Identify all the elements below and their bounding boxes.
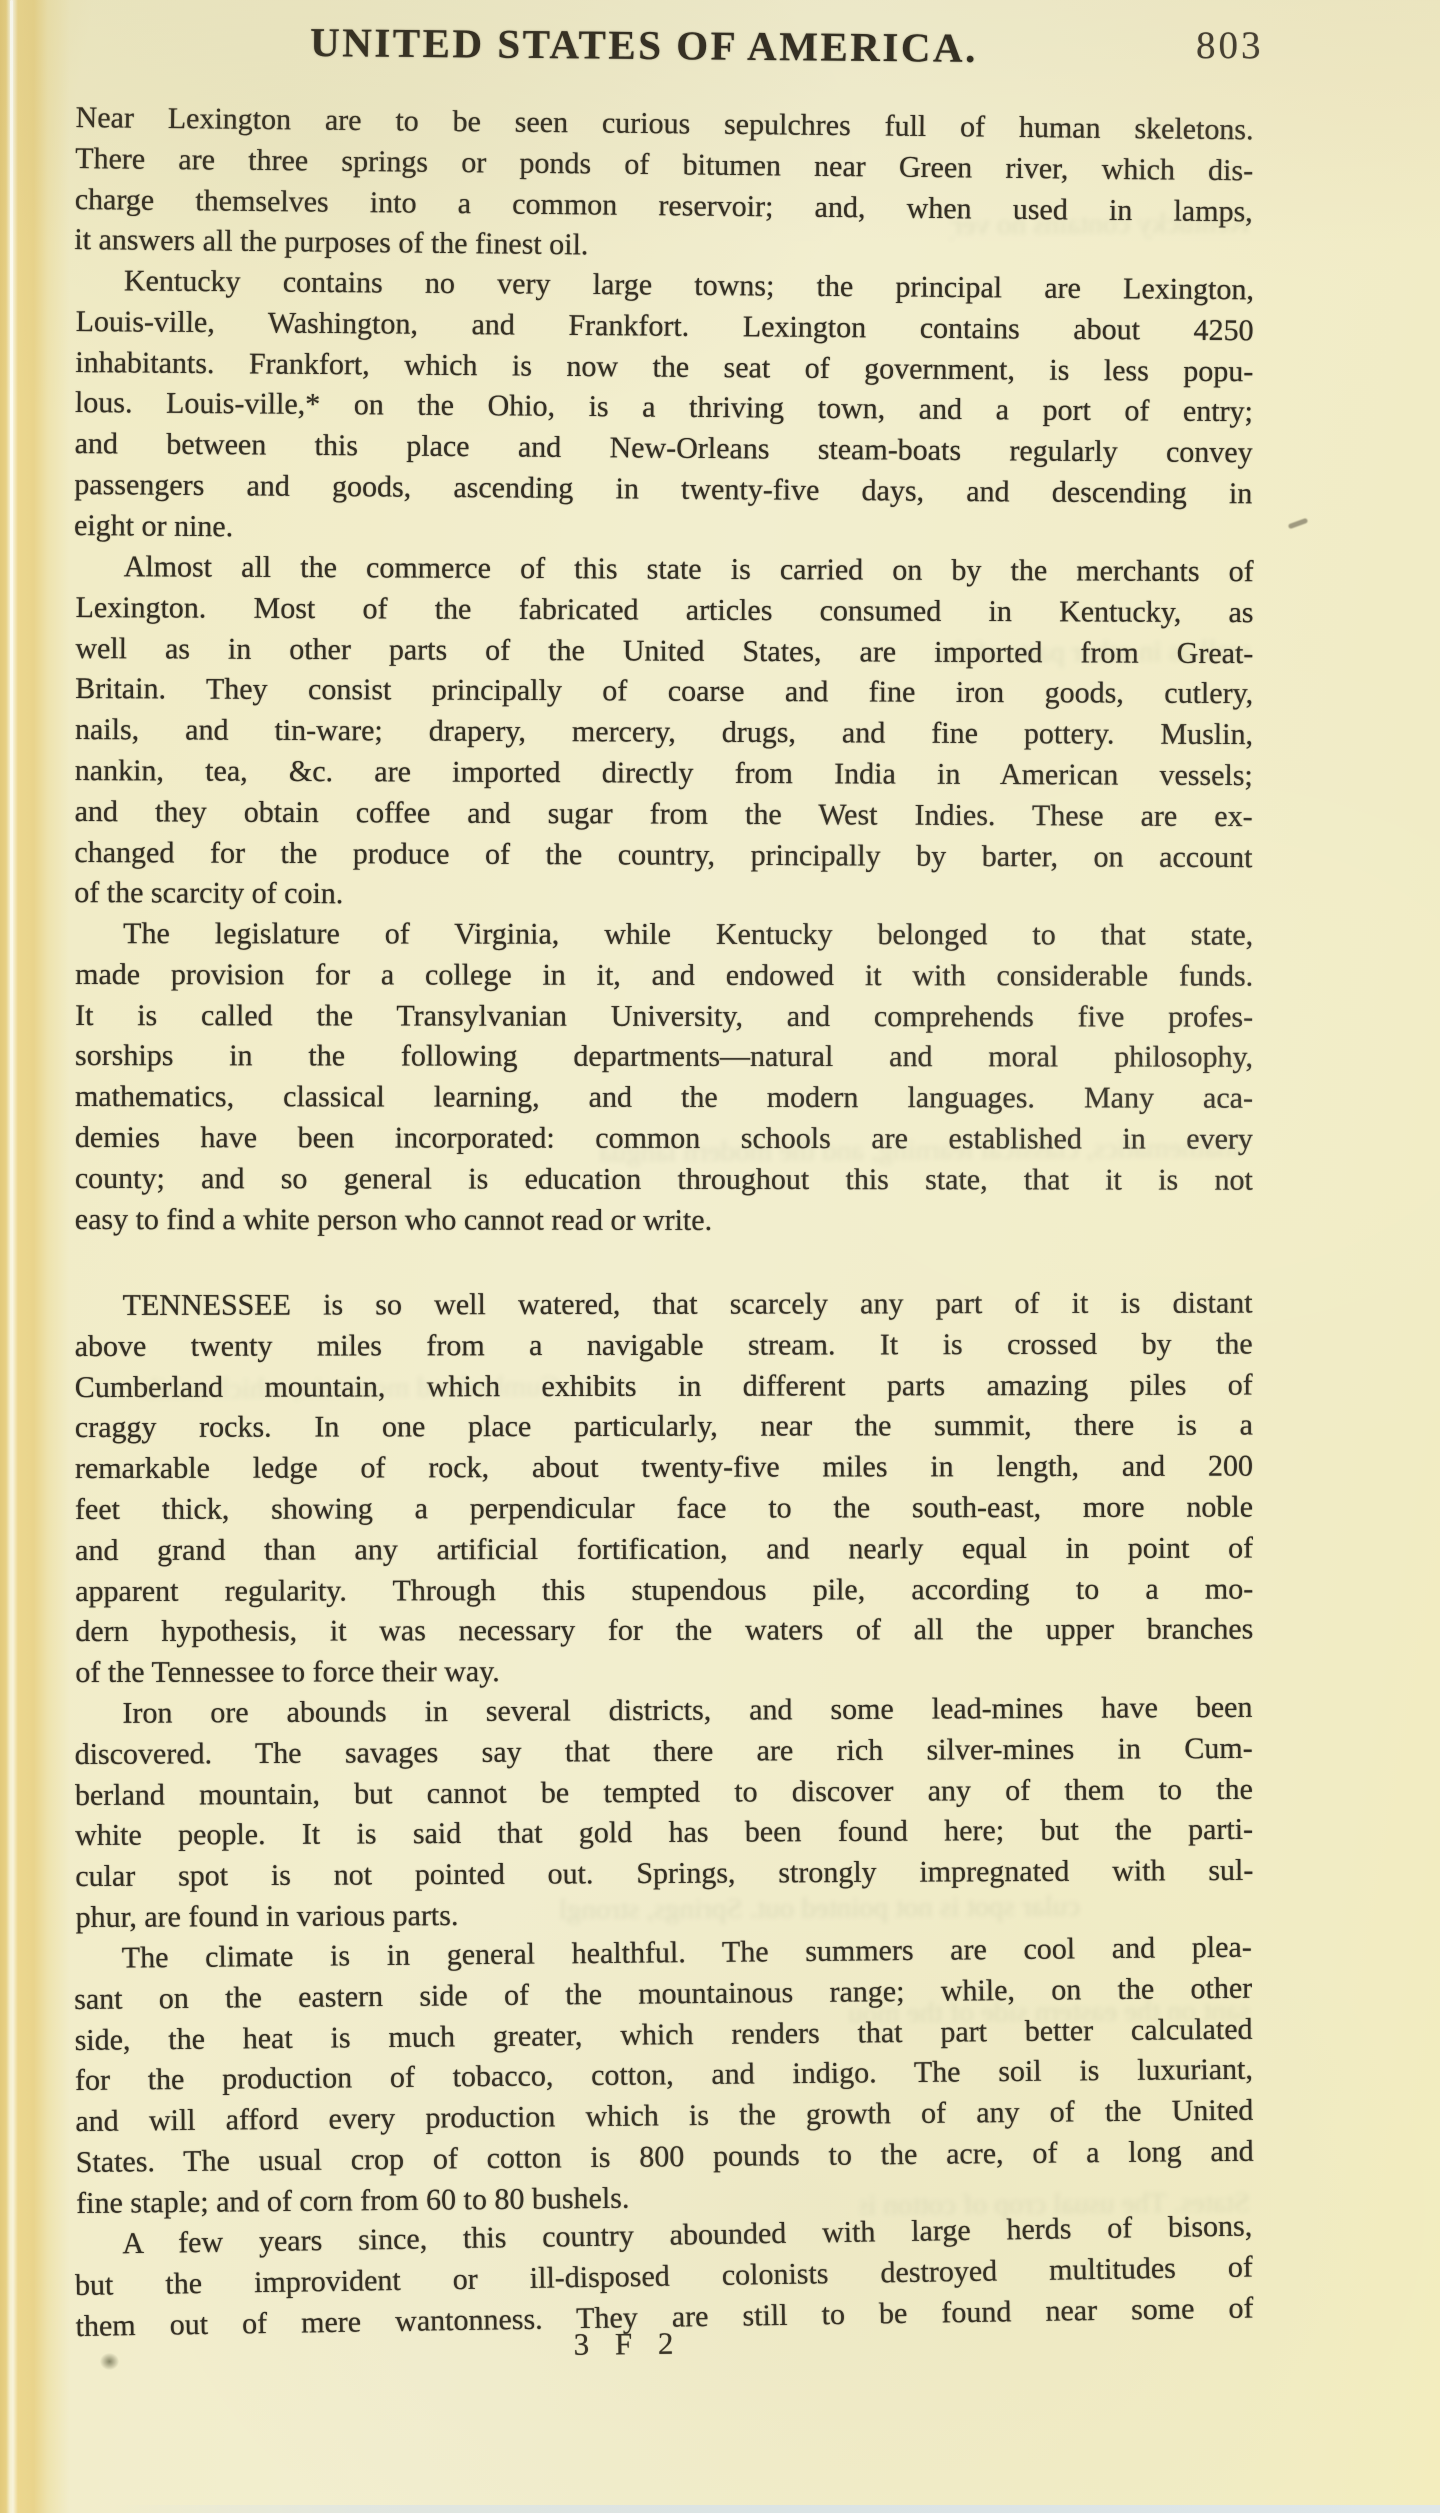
paragraph: Almost all the commerce of this state is… <box>74 547 1254 919</box>
text-line: apparent regularity. Through this stupen… <box>75 1569 1253 1612</box>
text-line: Almost all the commerce of this state is… <box>76 547 1254 593</box>
text-line: Lexington. Most of the fabricated articl… <box>75 588 1253 634</box>
stray-ink-mark <box>1288 518 1309 530</box>
text-line: easy to find a white person who cannot r… <box>75 1200 1253 1242</box>
text-line: sorships in the following departments—na… <box>75 1036 1253 1078</box>
text-line: Cumberland mountain, which exhibits in d… <box>75 1365 1253 1408</box>
scan-bottom-edge <box>0 2505 1440 2513</box>
text-line: white people. It is said that gold has b… <box>75 1811 1253 1858</box>
text-line: craggy rocks. In one place particularly,… <box>75 1406 1253 1449</box>
paragraph: Iron ore abounds in several districts, a… <box>74 1688 1253 1939</box>
text-line: dern hypothesis, it was necessary for th… <box>75 1610 1253 1653</box>
ink-smudge <box>100 2353 119 2370</box>
running-header-title: UNITED STATES OF AMERICA. <box>75 16 1253 74</box>
text-line: made provision for a college in it, and … <box>75 955 1253 997</box>
book-page-scan: Kentucky contains no very large towns; t… <box>0 0 1440 2513</box>
text-line: nails, and tin-ware; drapery, mercery, d… <box>75 710 1253 756</box>
text-line: Britain. They consist principally of coa… <box>75 669 1253 715</box>
paragraph: The legislature of Virginia, while Kentu… <box>75 914 1253 1242</box>
paragraph: Near Lexington are to be seen curious se… <box>74 98 1254 274</box>
page-number: 803 <box>1196 23 1264 68</box>
text-line: mathematics, classical learning, and the… <box>75 1077 1253 1119</box>
text-line: nankin, tea, &c. are imported directly f… <box>75 751 1253 797</box>
text-line: and they obtain coffee and sugar from th… <box>75 792 1253 838</box>
text-line: and grand than any artificial fortificat… <box>75 1529 1253 1572</box>
text-line: discovered. The savages say that there a… <box>75 1729 1253 1776</box>
text-line: Iron ore abounds in several districts, a… <box>74 1688 1252 1735</box>
paragraph: TENNESSEE is so well watered, that scarc… <box>75 1284 1254 1694</box>
text-line: TENNESSEE is so well watered, that scarc… <box>75 1284 1253 1327</box>
text-line: berland mountain, but cannot be tempted … <box>75 1770 1253 1817</box>
text-line: well as in other parts of the United Sta… <box>75 628 1253 674</box>
text-line: The legislature of Virginia, while Kentu… <box>75 914 1253 956</box>
text-line: county; and so general is education thro… <box>75 1159 1253 1201</box>
text-line: demies have been incorporated: common sc… <box>75 1118 1253 1160</box>
page-text-block: Near Lexington are to be seen curious se… <box>75 98 1253 2347</box>
text-line: It is called the Transylvanian Universit… <box>75 996 1253 1038</box>
paragraph: The climate is in general healthful. The… <box>74 1928 1255 2225</box>
text-line: of the scarcity of coin. <box>74 873 1252 919</box>
text-line: above twenty miles from a navigable stre… <box>75 1325 1253 1368</box>
text-line: feet thick, showing a perpendicular face… <box>75 1488 1253 1531</box>
text-line: cular spot is not pointed out. Springs, … <box>75 1851 1253 1898</box>
page-edge-highlight <box>10 0 13 1600</box>
paragraph: Kentucky contains no very large towns; t… <box>74 261 1254 556</box>
text-line: changed for the produce of the country, … <box>74 832 1252 878</box>
text-line: remarkable ledge of rock, about twenty-f… <box>75 1447 1253 1490</box>
